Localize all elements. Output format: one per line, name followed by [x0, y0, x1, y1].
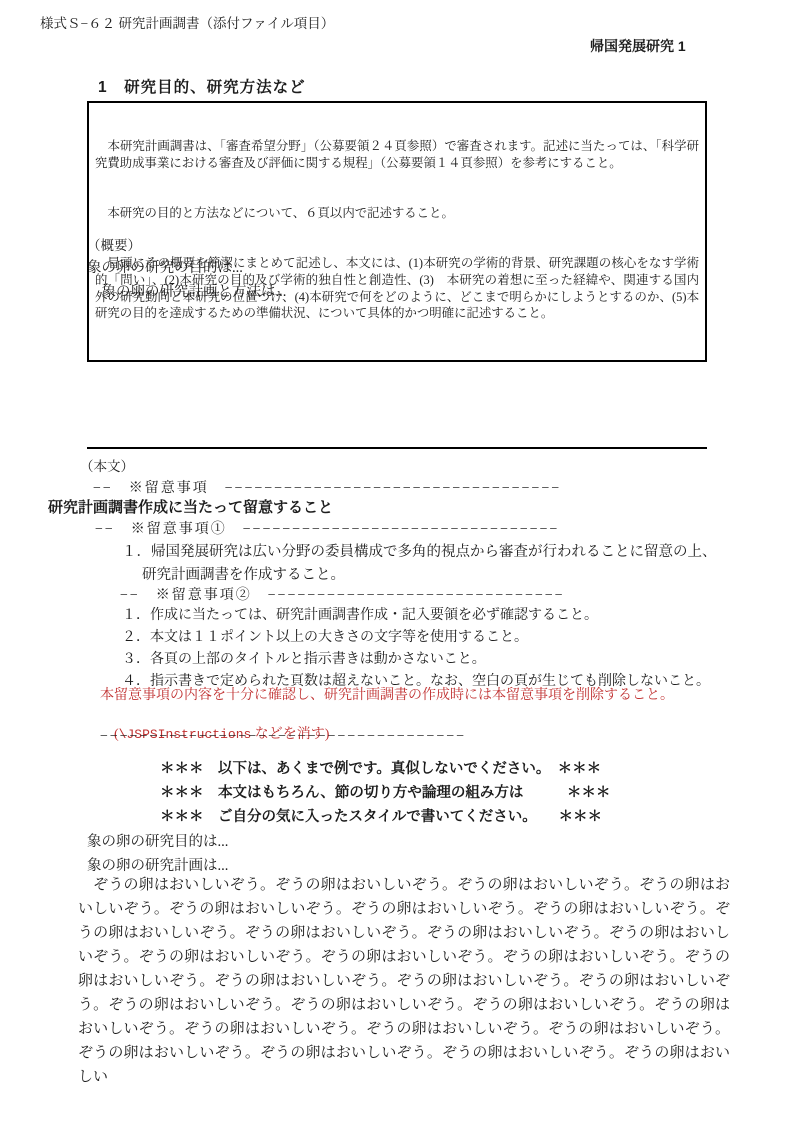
dashed-divider: −−−−−−−−−−−−−−−−−−−−−−−−−−−−−−−−−−−−−: [100, 729, 466, 745]
notes-header-dashes: −− ※留意事項 −−−−−−−−−−−−−−−−−−−−−−−−−−−−−−−…: [93, 477, 561, 497]
note2-item-1: １．作成に当たっては、研究計画調書作成・記入要領を必ず確認すること。: [122, 604, 598, 624]
form-code: 様式Ｓ−６２ 研究計画調書（添付ファイル項目）: [40, 12, 334, 32]
body-label: （本文）: [80, 455, 134, 475]
example-banner-line1: ＊＊＊ 以下は、あくまで例です。真似しないでください。 ＊＊＊: [160, 757, 601, 778]
instruction-paragraph-1: 本研究計画調書は、「審査希望分野」（公募要領２４頁参照）で審査されます。記述に当…: [95, 138, 699, 171]
section-heading: 1 研究目的、研究方法など: [98, 75, 306, 97]
overview-purpose-line: 象の卵の研究の目的は...: [87, 256, 243, 277]
overview-label: （概要）: [87, 234, 141, 254]
note1-item-line2: 研究計画調書を作成すること。: [142, 563, 345, 584]
notes-title: 研究計画調書作成に当たって留意すること: [48, 496, 333, 517]
instruction-paragraph-2: 本研究の目的と方法などについて、６頁以内で記述すること。: [95, 205, 699, 222]
section-divider-rule: [87, 447, 707, 449]
note2-header-dashes: −− ※留意事項② −−−−−−−−−−−−−−−−−−−−−−−−−−−−−−: [120, 584, 565, 604]
note2-item-3: ３．各頁の上部のタイトルと指示書きは動かさないこと。: [122, 648, 486, 668]
example-plan-line: 象の卵の研究計画は...: [87, 854, 228, 875]
document-page: 様式Ｓ−６２ 研究計画調書（添付ファイル項目） 帰国発展研究 1 1 研究目的、…: [0, 0, 794, 1123]
note1-item-line1: １．帰国発展研究は広い分野の委員構成で多角的視点から審査が行われることに留意の上…: [122, 540, 717, 561]
example-purpose-line: 象の卵の研究目的は...: [87, 830, 228, 851]
note1-header-dashes: −− ※留意事項① −−−−−−−−−−−−−−−−−−−−−−−−−−−−−−…: [95, 518, 559, 538]
example-banner-line2: ＊＊＊ 本文はもちろん、節の切り方や論理の組み方は ＊＊＊: [160, 781, 610, 802]
red-warning-line1: 本留意事項の内容を十分に確認し、研究計画調書の作成時には本留意事項を削除すること…: [100, 684, 674, 704]
overview-plan-line: 象の卵の研究計画と方法は...: [87, 280, 286, 301]
example-banner-line3: ＊＊＊ ご自分の気に入ったスタイルで書いてください。 ＊＊＊: [160, 805, 602, 826]
instruction-box: 本研究計画調書は、「審査希望分野」（公募要領２４頁参照）で審査されます。記述に当…: [87, 101, 707, 362]
note2-item-2: ２．本文は１１ポイント以上の大きさの文字等を使用すること。: [122, 626, 528, 646]
doc-type-label: 帰国発展研究 1: [590, 36, 686, 56]
body-paragraph: ぞうの卵はおいしいぞう。ぞうの卵はおいしいぞう。ぞうの卵はおいしいぞう。ぞうの卵…: [78, 873, 730, 1089]
